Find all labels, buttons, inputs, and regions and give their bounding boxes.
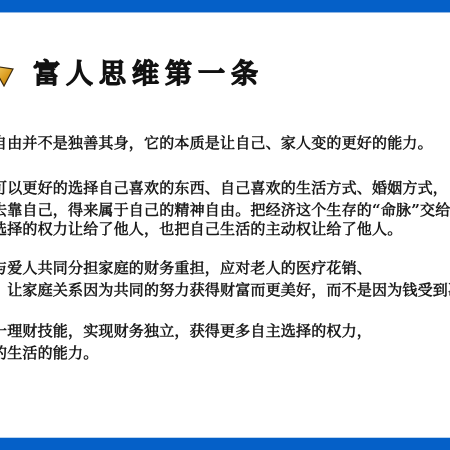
text-line: 可以更好的选择自己喜欢的东西、自己喜欢的生活方式、婚姻方式，	[0, 178, 448, 198]
gold-badge-icon	[0, 63, 14, 87]
text-line: 选择的权力让给了他人，也把自己生活的主动权让给了他人。	[0, 219, 402, 239]
text-line: 一理财技能，实现财务独立，获得更多自主选择的权力，	[0, 321, 372, 341]
text-line: ，让家庭关系因为共同的努力获得财富而更美好，而不是因为钱受到冲击而	[0, 280, 450, 300]
page-title: 富人思维第一条	[33, 60, 264, 90]
text-line: 自由并不是独善其身，它的本质是让自己、家人变的更好的能力。	[0, 133, 433, 153]
text-line: 去靠自己，得来属于自己的精神自由。把经济这个生存的“命脉”交给他人	[0, 200, 450, 220]
bottom-blue-bar	[0, 437, 450, 450]
text-line: 的生活的能力。	[0, 343, 98, 363]
text-line: 与爱人共同分担家庭的财务重担，应对老人的医疗花销、	[0, 258, 372, 278]
top-blue-bar	[0, 0, 450, 13]
